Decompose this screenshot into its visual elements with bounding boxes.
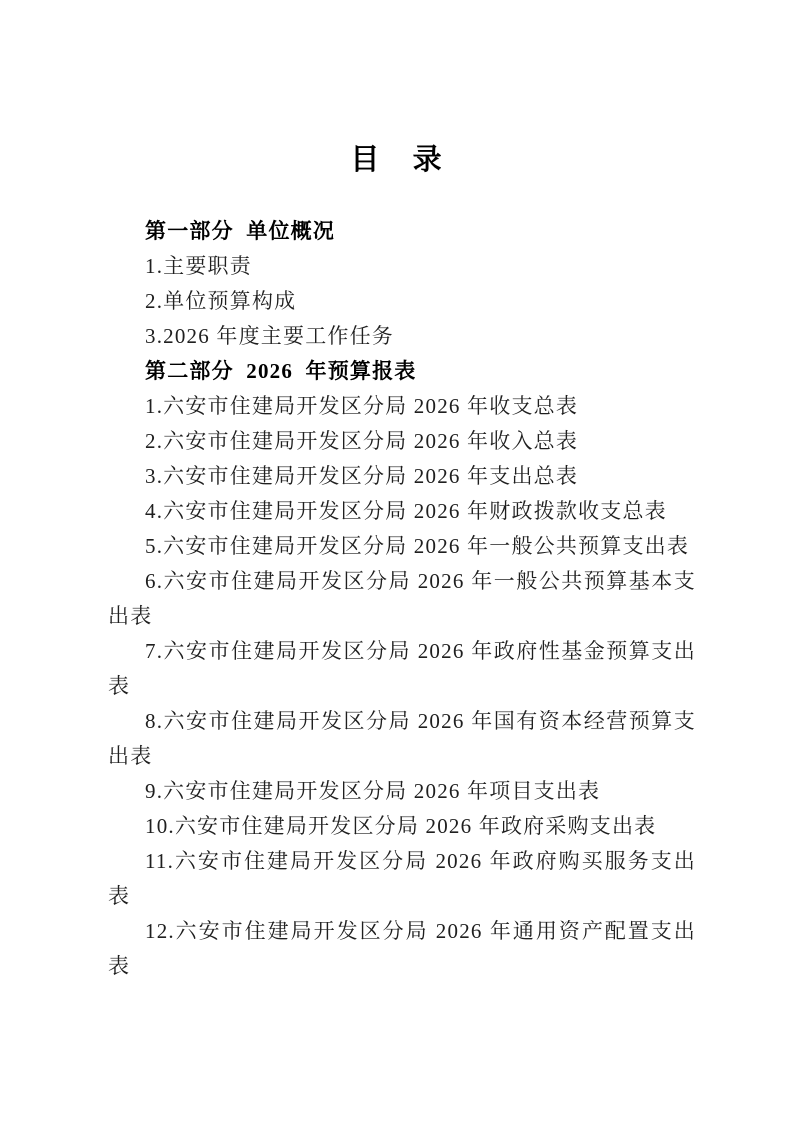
toc-item: 4.六安市住建局开发区分局 2026 年财政拨款收支总表 xyxy=(108,494,696,529)
toc-item: 10.六安市住建局开发区分局 2026 年政府采购支出表 xyxy=(108,809,696,844)
toc-item: 12.六安市住建局开发区分局 2026 年通用资产配置支出表 xyxy=(108,914,696,984)
toc-item: 2.六安市住建局开发区分局 2026 年收入总表 xyxy=(108,424,696,459)
toc-item: 11.六安市住建局开发区分局 2026 年政府购买服务支出表 xyxy=(108,844,696,914)
toc-item: 1.六安市住建局开发区分局 2026 年收支总表 xyxy=(108,389,696,424)
toc-item: 9.六安市住建局开发区分局 2026 年项目支出表 xyxy=(108,774,696,809)
table-of-contents: 第一部分 单位概况 1.主要职责 2.单位预算构成 3.2026 年度主要工作任… xyxy=(108,214,696,984)
section-heading-part1: 第一部分 单位概况 xyxy=(108,214,696,249)
section-heading-part2: 第二部分 2026 年预算报表 xyxy=(108,354,696,389)
toc-item: 8.六安市住建局开发区分局 2026 年国有资本经营预算支出表 xyxy=(108,704,696,774)
toc-item: 1.主要职责 xyxy=(108,249,696,284)
document-page: 目 录 第一部分 单位概况 1.主要职责 2.单位预算构成 3.2026 年度主… xyxy=(0,0,793,1122)
toc-item: 2.单位预算构成 xyxy=(108,284,696,319)
toc-item: 7.六安市住建局开发区分局 2026 年政府性基金预算支出表 xyxy=(108,634,696,704)
toc-item: 3.2026 年度主要工作任务 xyxy=(108,319,696,354)
page-title: 目 录 xyxy=(0,138,793,182)
toc-item: 5.六安市住建局开发区分局 2026 年一般公共预算支出表 xyxy=(108,529,696,564)
toc-item: 6.六安市住建局开发区分局 2026 年一般公共预算基本支出表 xyxy=(108,564,696,634)
toc-item: 3.六安市住建局开发区分局 2026 年支出总表 xyxy=(108,459,696,494)
